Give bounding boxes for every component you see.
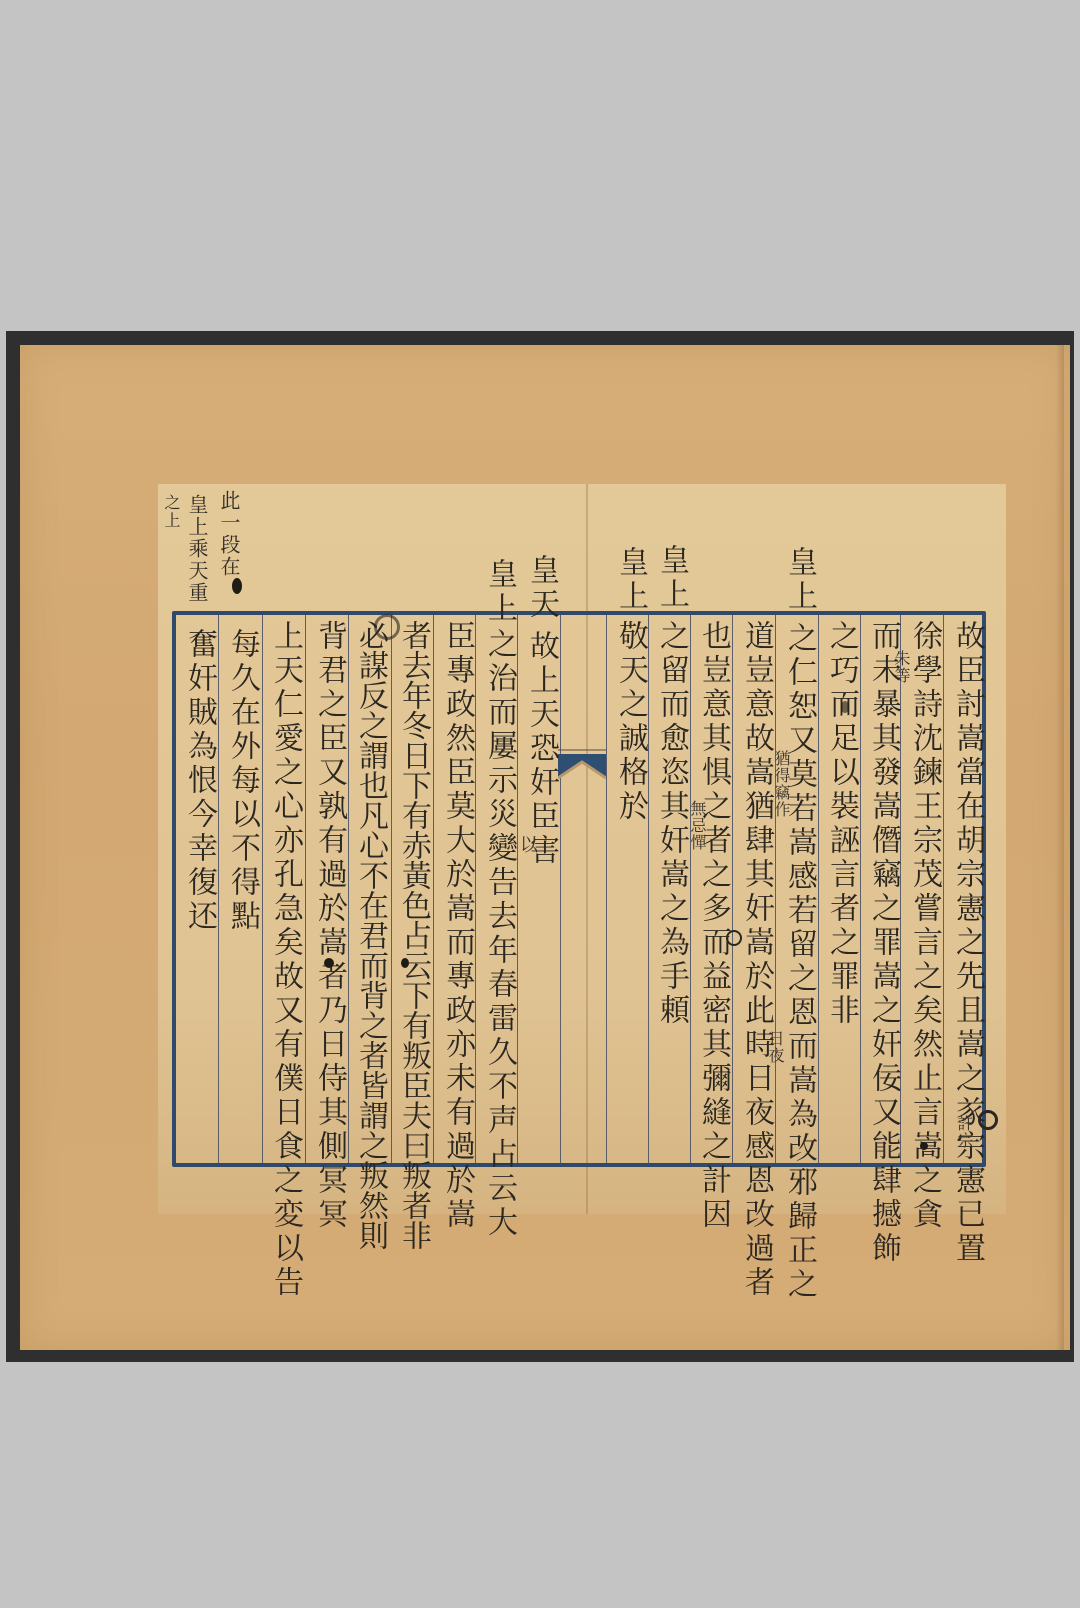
column-divider (560, 615, 561, 1163)
column-divider (860, 615, 861, 1163)
text-column-2: 徐學詩沈鍊王宗茂嘗言之矣然止言嵩之貪 (905, 620, 943, 1232)
text-column-8: 之留而愈恣其奸嵩之為手頼 (652, 620, 690, 1028)
text-column-10: 故上天恐奸臣害 (522, 630, 560, 868)
column-divider (262, 615, 263, 1163)
margin-note-2: 皇上乘天重 (186, 494, 208, 604)
ink-ring-mark (726, 930, 742, 946)
raised-honorific-11: 皇上 (480, 558, 518, 626)
column-divider (218, 615, 219, 1163)
text-column-12: 臣專政然臣莫大於嵩而專政亦未有過於嵩 (438, 620, 476, 1232)
text-column-13: 者去年冬日下有赤黃色占云下有叛臣夫曰叛者非 (396, 620, 430, 1250)
ink-ring-mark (374, 614, 400, 640)
side-note-6: 日夜 (766, 1030, 784, 1064)
side-note-10: 以 (518, 835, 536, 854)
margin-note-1: 此一段在 (218, 490, 240, 578)
ink-dot (920, 1142, 928, 1150)
text-column-7: 也豈意其惧之者之多而益密其彌縫之計因 (694, 620, 732, 1232)
text-column-14: 必謀反之謂也凡心不在君而背之者皆謂之叛然則 (353, 620, 387, 1250)
text-column-1: 故臣討嵩當在胡宗憲之先且嵩之㒸宗憲已置 (948, 620, 986, 1266)
text-column-11: 之治而屢示災變告去年春雷久不声占云大 (480, 628, 518, 1240)
raised-honorific-8: 皇上 (652, 544, 690, 612)
column-divider (690, 615, 691, 1163)
column-divider (606, 615, 607, 1163)
side-note-1: 許宗 (955, 1115, 973, 1149)
column-divider (775, 615, 776, 1163)
text-column-6: 道豈意故嵩猶肆其奸嵩於此時日夜感恩改過者 (737, 620, 775, 1300)
column-divider (305, 615, 306, 1163)
column-divider (943, 615, 944, 1163)
side-note-3: 朱等 (892, 650, 910, 684)
column-divider (433, 615, 434, 1163)
raised-honorific-5: 皇上 (780, 546, 818, 614)
column-divider (732, 615, 733, 1163)
text-column-15: 背君之臣又孰有過於嵩者乃日侍其側冥冥 (310, 620, 348, 1232)
column-divider (348, 615, 349, 1163)
ink-dot (324, 958, 334, 968)
ink-ring-mark (978, 1110, 998, 1130)
text-column-16: 上天仁愛之心亦孔急矣故又有僕日食之変以告 (266, 620, 304, 1300)
margin-note-3: 之上 (160, 494, 182, 530)
ink-dot (841, 701, 849, 713)
text-column-18: 奮奸賊為恨今幸復还 (180, 628, 218, 934)
raised-honorific-9: 皇上 (611, 546, 649, 614)
column-divider (818, 615, 819, 1163)
text-column-4: 之巧而足以裝誣言者之罪非 (822, 620, 860, 1028)
text-column-9: 敬天之誠格於 (611, 620, 649, 824)
text-column-5: 之仁恕又莫若嵩感若留之恩而嵩為改邪歸正之 (780, 622, 818, 1302)
column-divider (391, 615, 392, 1163)
raised-honorific-10: 皇天 (522, 554, 560, 622)
side-note-7: 無忌憚 (688, 800, 706, 851)
text-column-3: 而未暴其發嵩僭竊之罪嵩之奸佞又能肆撼飾 (864, 620, 902, 1266)
fish-tail-mark-icon (558, 748, 606, 784)
ink-dot (401, 958, 409, 968)
text-column-17: 每久在外每以不得點 (223, 628, 261, 934)
ink-blot (232, 578, 242, 594)
